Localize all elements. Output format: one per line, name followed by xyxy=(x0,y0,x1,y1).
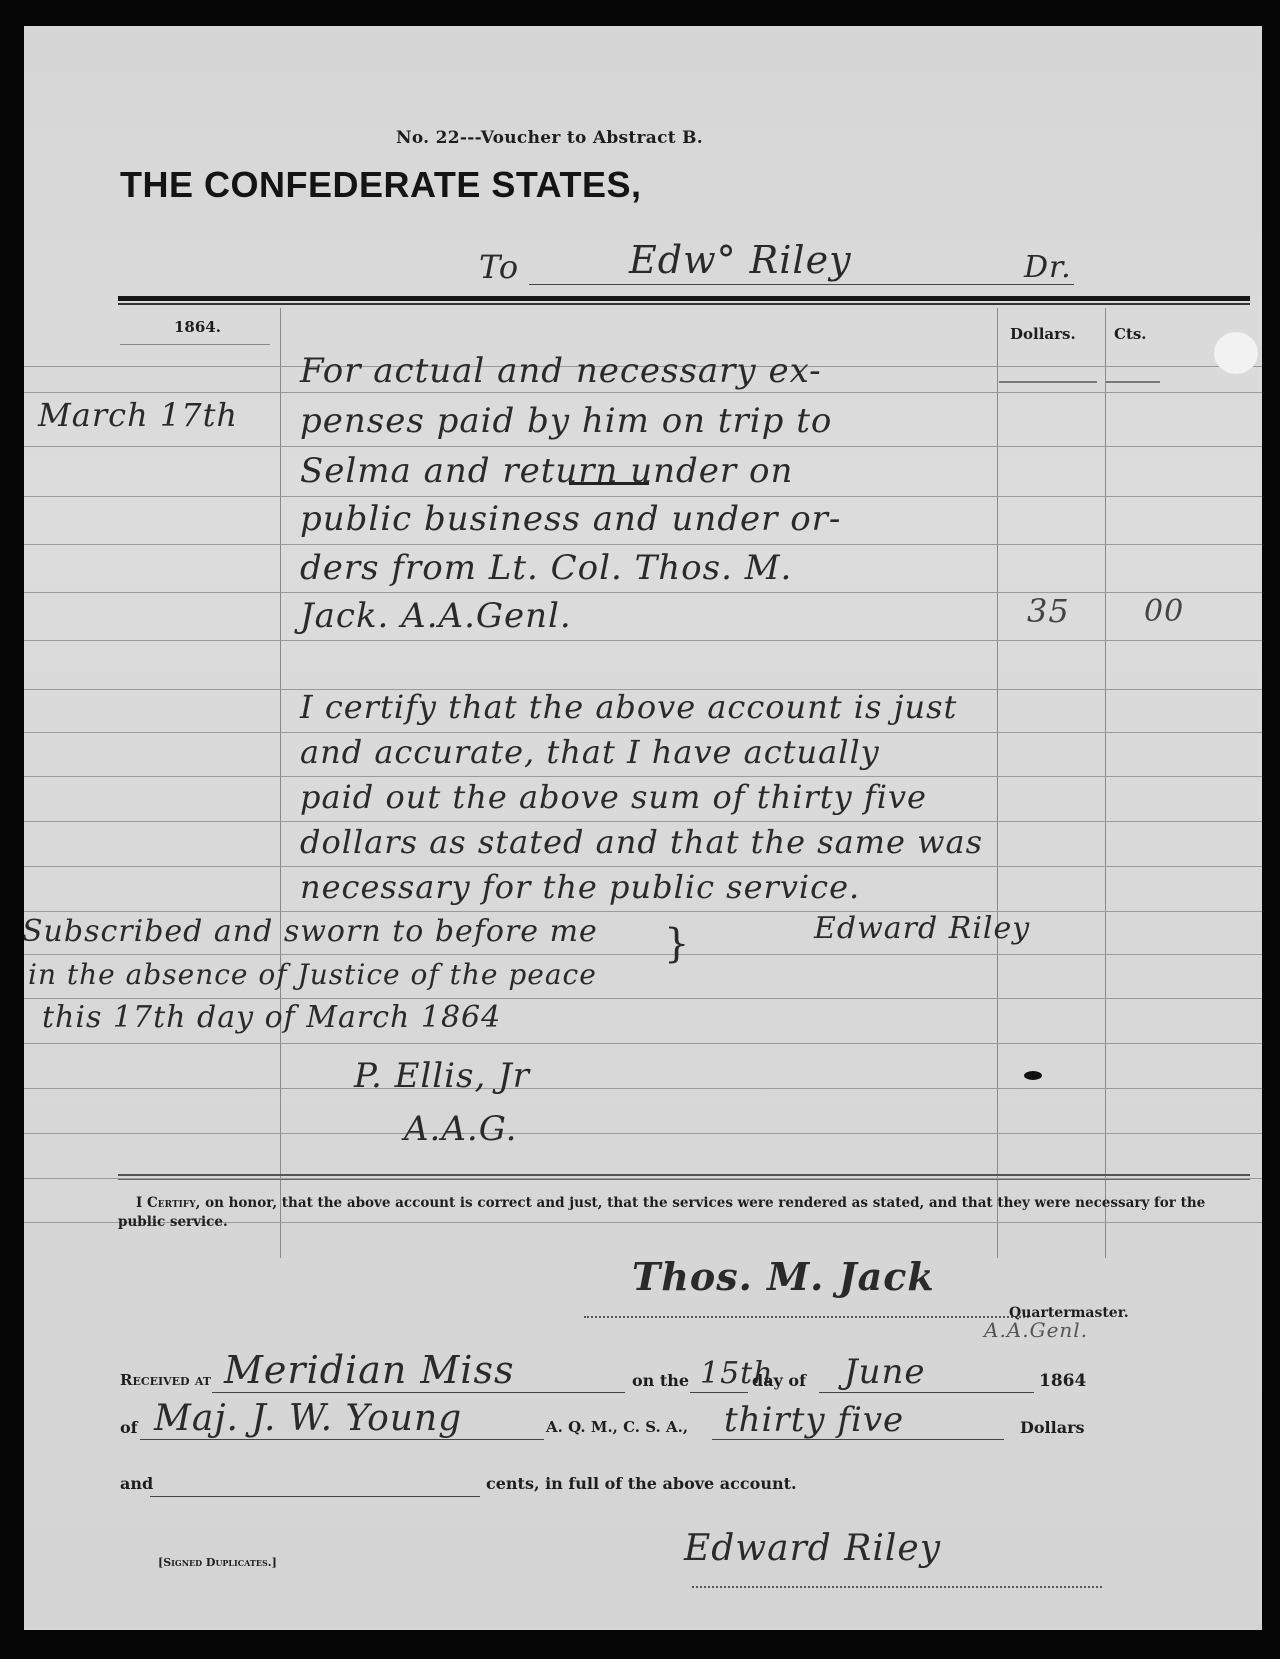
qm-signature-line xyxy=(584,1316,1029,1318)
receipt-signature-line xyxy=(692,1586,1102,1588)
payee-name: Edw° Riley xyxy=(629,238,852,282)
dr-label: Dr. xyxy=(1024,250,1072,285)
payer-name: Maj. J. W. Young xyxy=(154,1398,462,1439)
description-line: Selma and return under on xyxy=(300,451,793,491)
paper-stain xyxy=(1214,332,1258,374)
cents-label: cents, in full of the above account. xyxy=(486,1474,797,1493)
description-line: public business and under or- xyxy=(300,499,841,539)
dollars-column-rule xyxy=(997,308,998,1258)
payer-line xyxy=(140,1439,544,1440)
certification-line: I certify that the above account is just xyxy=(300,688,957,726)
day-of-label: day of xyxy=(752,1371,806,1390)
certification-line: dollars as stated and that the same was xyxy=(300,823,983,861)
certify-text: on honor, that the above account is corr… xyxy=(118,1195,1205,1230)
signed-duplicates: [Signed Duplicates.] xyxy=(158,1556,277,1569)
oath-line: Subscribed and sworn to before me xyxy=(24,914,598,949)
oath-line: this 17th day of March 1864 xyxy=(42,1000,501,1035)
description-line: For actual and necessary ex- xyxy=(300,351,822,391)
qm-title-annotation: A.A.Genl. xyxy=(984,1318,1088,1342)
certification-line: necessary for the public service. xyxy=(300,868,860,906)
oath-brace-icon: } xyxy=(664,921,690,967)
oath-line: in the absence of Justice of the peace xyxy=(28,958,597,991)
description-line: ders from Lt. Col. Thos. M. xyxy=(300,548,792,588)
certifier-signature: Edward Riley xyxy=(814,911,1030,946)
on-the-label: on the xyxy=(632,1371,689,1390)
form-number: No. 22---Voucher to Abstract B. xyxy=(396,128,703,148)
dollars-label: Dollars xyxy=(1020,1418,1085,1437)
description-line: penses paid by him on trip to xyxy=(300,401,832,441)
received-month: June xyxy=(844,1352,926,1392)
bottom-rule xyxy=(118,1174,1250,1176)
received-day-line xyxy=(690,1392,748,1393)
amount-dollars: 35 xyxy=(1027,592,1070,630)
received-label: Received at xyxy=(120,1371,211,1389)
amount-cents: 00 xyxy=(1144,594,1184,629)
dollars-header: Dollars. xyxy=(1010,325,1076,343)
year-header: 1864. xyxy=(174,318,221,336)
bottom-rule-thin xyxy=(118,1179,1250,1180)
certification-line: and accurate, that I have actually xyxy=(300,733,880,771)
receipt-signature: Edward Riley xyxy=(684,1528,941,1569)
ink-blot xyxy=(1024,1071,1042,1080)
date-column-rule xyxy=(280,308,281,1258)
cents-column-rule xyxy=(1105,308,1106,1258)
received-month-line xyxy=(819,1392,1034,1393)
cents-header: Cts. xyxy=(1114,325,1147,343)
certify-caps: I Certify, xyxy=(118,1195,200,1211)
certification-line: paid out the above sum of thirty five xyxy=(300,778,927,816)
oath-signature: P. Ellis, Jr xyxy=(354,1056,530,1096)
voucher-page: No. 22---Voucher to Abstract B. THE CONF… xyxy=(24,26,1262,1630)
strikethrough-mark xyxy=(569,482,649,485)
qm-signature: Thos. M. Jack xyxy=(632,1254,935,1299)
oath-title: A.A.G. xyxy=(404,1109,517,1149)
received-place-line xyxy=(212,1392,625,1393)
received-year: 1864 xyxy=(1039,1371,1086,1391)
received-place: Meridian Miss xyxy=(224,1348,514,1392)
document-title: THE CONFEDERATE STATES, xyxy=(120,164,642,206)
top-thick-rule xyxy=(118,296,1250,301)
description-line: Jack. A.A.Genl. xyxy=(300,596,572,636)
cents-value-line xyxy=(150,1496,480,1497)
cents-header-underline xyxy=(1106,381,1160,383)
aqm-label: A. Q. M., C. S. A., xyxy=(546,1418,688,1436)
entry-date: March 17th xyxy=(38,396,238,434)
to-label: To xyxy=(479,248,519,286)
top-thin-rule xyxy=(118,303,1250,305)
payee-line xyxy=(529,284,1074,285)
amount-words: thirty five xyxy=(724,1400,904,1440)
footer-certify: I Certify, on honor, that the above acco… xyxy=(118,1194,1248,1232)
of-label: of xyxy=(120,1418,138,1437)
and-label: and xyxy=(120,1474,153,1493)
year-header-underline xyxy=(120,344,270,345)
dollars-header-underline xyxy=(999,381,1097,383)
